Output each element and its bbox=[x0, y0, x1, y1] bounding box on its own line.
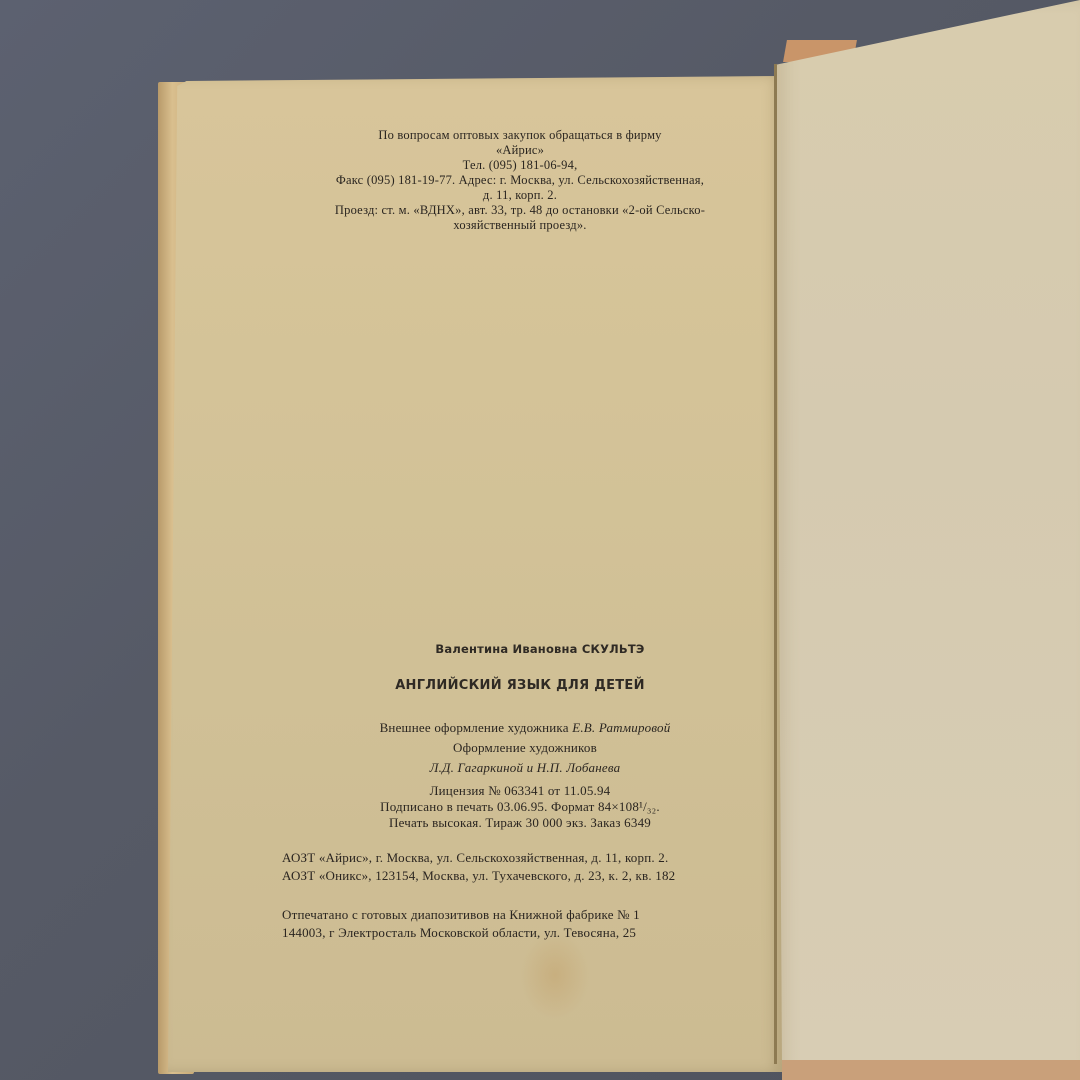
cover-design-label: Внешнее оформление художника bbox=[380, 720, 573, 735]
signed-format-line: Подписано в печать 03.06.95. Формат 84×1… bbox=[320, 799, 720, 815]
paper-stain bbox=[520, 930, 590, 1020]
contact-phone: Тел. (095) 181-06-94, bbox=[290, 158, 750, 173]
contact-line: По вопросам оптовых закупок обращаться в… bbox=[290, 128, 750, 143]
contact-line: «Айрис» bbox=[290, 143, 750, 158]
right-page-blank bbox=[776, 0, 1080, 1080]
publisher-line: АОЗТ «Оникс», 123154, Москва, ул. Тухаче… bbox=[282, 867, 762, 885]
contact-address-cont: д. 11, корп. 2. bbox=[290, 188, 750, 203]
book-photo-scene: По вопросам оптовых закупок обращаться в… bbox=[0, 0, 1080, 1080]
book-cover-bottom-edge bbox=[782, 1060, 1080, 1080]
book-title: АНГЛИЙСКИЙ ЯЗЫК ДЛЯ ДЕТЕЙ bbox=[370, 678, 670, 693]
contact-directions: Проезд: ст. м. «ВДНХ», авт. 33, тр. 48 д… bbox=[290, 203, 750, 218]
contact-directions-cont: хозяйственный проезд». bbox=[290, 218, 750, 233]
printer-line: 144003, г Электросталь Московской област… bbox=[282, 924, 762, 942]
publishers-block: АОЗТ «Айрис», г. Москва, ул. Сельскохозя… bbox=[282, 849, 762, 885]
design-label: Оформление художников bbox=[330, 738, 720, 758]
contact-fax-address: Факс (095) 181-19-77. Адрес: г. Москва, … bbox=[290, 173, 750, 188]
print-info: Лицензия № 063341 от 11.05.94 Подписано … bbox=[320, 783, 720, 831]
license-line: Лицензия № 063341 от 11.05.94 bbox=[320, 783, 720, 799]
print-run-line: Печать высокая. Тираж 30 000 экз. Заказ … bbox=[320, 815, 720, 831]
cover-design-credit: Внешнее оформление художника Е.В. Ратмир… bbox=[330, 718, 720, 738]
book-gutter bbox=[774, 64, 777, 1064]
printer-line: Отпечатано с готовых диапозитивов на Кни… bbox=[282, 906, 762, 924]
cover-designer-name: Е.В. Ратмировой bbox=[572, 720, 670, 735]
designer-names: Л.Д. Гагаркиной и Н.П. Лобанева bbox=[330, 758, 720, 778]
publisher-line: АОЗТ «Айрис», г. Москва, ул. Сельскохозя… bbox=[282, 849, 762, 867]
design-credits: Внешнее оформление художника Е.В. Ратмир… bbox=[330, 718, 720, 778]
wholesale-contact-block: По вопросам оптовых закупок обращаться в… bbox=[290, 128, 750, 233]
author-name: Валентина Ивановна СКУЛЬТЭ bbox=[380, 642, 700, 657]
printer-block: Отпечатано с готовых диапозитивов на Кни… bbox=[282, 906, 762, 942]
